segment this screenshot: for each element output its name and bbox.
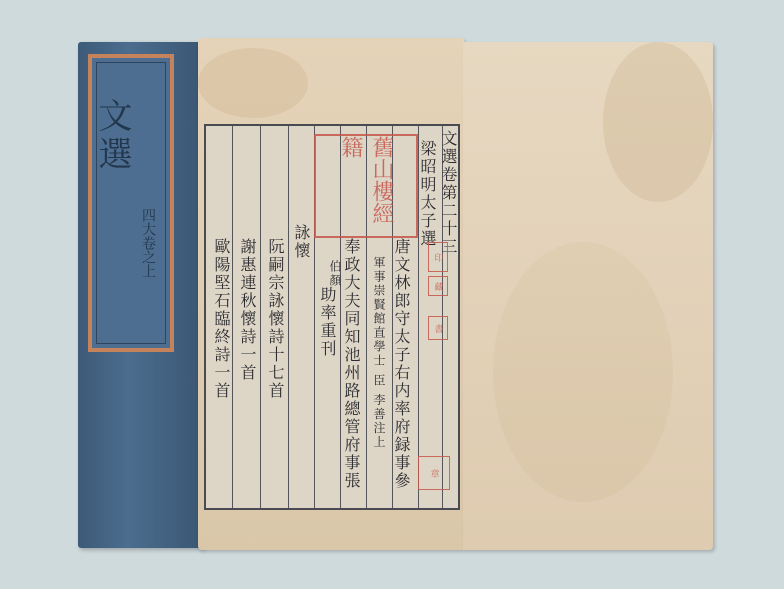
large-collector-seal: 舊山樓經籍 [314,134,418,238]
right-page [463,42,713,550]
cover-subtitle: 四大卷之上 [138,208,158,278]
small-seal: 藏 [428,276,448,296]
column-rule [232,126,233,508]
chapter-header: 文選卷第二十三 [439,130,457,256]
column-rule [288,126,289,508]
water-stain [198,48,308,118]
title-label: 文選 四大卷之上 [88,54,174,352]
book-cover: 文選 四大卷之上 [78,42,204,548]
column-rule [260,126,261,508]
small-seal: 書 [428,316,448,340]
printed-frame: 舊山樓經籍 文選卷第二十三 梁昭明太子選 唐文林郎守太子右内率府録事參 軍事崇賢… [204,124,460,510]
water-stain [493,242,673,502]
small-seal: 印 [428,242,448,272]
compiler-line: 梁昭明太子選 [418,140,436,248]
left-page: 舊山樓經籍 文選卷第二十三 梁昭明太子選 唐文林郎守太子右内率府録事參 軍事崇賢… [198,38,464,550]
cover-title: 文選 [98,98,138,174]
entry-2: 謝惠連秋懷詩一首 [238,238,256,382]
annotator-line-1: 唐文林郎守太子右内率府録事參 [392,238,410,490]
editor-line-2: 助率重刊 [318,286,336,358]
annotator-line-2: 軍事崇賢館直學士 臣 李善注上 [370,256,388,450]
section-title: 詠懷 [292,224,310,260]
editor-line: 奉政大夫同知池州路總管府事張 [342,238,360,490]
small-seal: 章 [418,456,450,490]
editor-name: 伯顏 [326,260,344,288]
water-stain [603,42,713,202]
entry-1: 阮嗣宗詠懷詩十七首 [266,238,284,400]
entry-3: 歐陽堅石臨終詩一首 [212,238,230,400]
